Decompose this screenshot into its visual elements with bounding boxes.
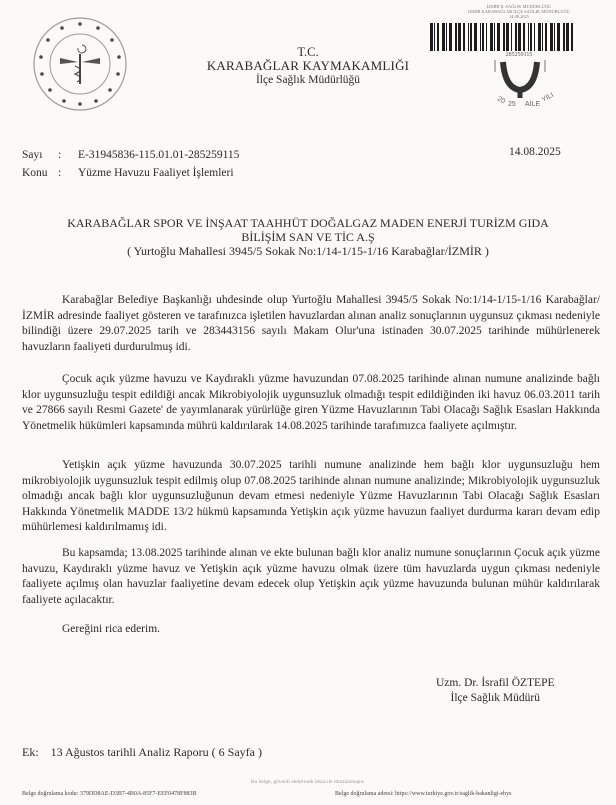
signatory-title: İlçe Sağlık Müdürü	[436, 691, 555, 706]
svg-text:AİLE: AİLE	[525, 99, 541, 108]
signatory-name: Uzm. Dr. İsrafil ÖZTEPE	[436, 676, 555, 691]
e-signature-note: Bu belge, güvenli elektronik imza ile im…	[0, 779, 616, 785]
body-paragraph: Bu kapsamda; 13.08.2025 tarihinde alınan…	[22, 546, 600, 608]
document-meta: Sayı : E-31945836-115.01.01-285259115 Ko…	[22, 146, 239, 182]
subject-row: Konu : Yüzme Havuzu Faaliyet İşlemleri	[22, 164, 239, 182]
attachment-label: Ek:	[22, 745, 39, 760]
addressee-address: ( Yurtoğlu Mahallesi 3945/5 Sokak No:1/1…	[0, 244, 616, 258]
addressee-name-line2: BİLİŞİM SAN VE TİC A.Ş	[0, 230, 616, 244]
body-paragraph: Çocuk açık yüzme havuzu ve Kaydıraklı yü…	[22, 372, 600, 434]
attachment-line: Ek: 13 Ağustos tarihli Analiz Raporu ( 6…	[22, 745, 262, 760]
signature-block: Uzm. Dr. İsrafil ÖZTEPE İlçe Sağlık Müdü…	[436, 676, 555, 706]
closing-line: Gereğini rica ederim.	[22, 622, 600, 638]
attachment-value: 13 Ağustos tarihli Analiz Raporu ( 6 Say…	[51, 745, 262, 760]
svg-text:25: 25	[508, 101, 516, 108]
reference-number-label: Sayı	[22, 146, 58, 164]
body-paragraph: Yetişkin açık yüzme havuzunda 30.07.2025…	[22, 458, 600, 536]
addressee-name-line1: KARABAĞLAR SPOR VE İNŞAAT TAAHHÜT DOĞALG…	[0, 216, 616, 230]
barcode-header-text: İZMİR İL SAĞLIK MÜDÜRLÜĞÜ İZMİR KARABAĞL…	[424, 4, 614, 20]
addressee: KARABAĞLAR SPOR VE İNŞAAT TAAHHÜT DOĞALG…	[0, 216, 616, 258]
barcode-icon	[430, 23, 608, 51]
subject-label: Konu	[22, 164, 58, 182]
reference-number-row: Sayı : E-31945836-115.01.01-285259115	[22, 146, 239, 164]
document-date: 14.08.2025	[509, 146, 561, 158]
document-barcode: İZMİR İL SAĞLIK MÜDÜRLÜĞÜ İZMİR KARABAĞL…	[424, 4, 614, 58]
verification-code: Belge doğrulama kodu: 379DD8AE-D3B7-4B0A…	[22, 791, 197, 797]
svg-text:YILI: YILI	[541, 92, 555, 104]
svg-text:20: 20	[496, 96, 506, 106]
verification-url[interactable]: Belge doğrulama adresi: https://www.turk…	[335, 791, 512, 797]
2025-aile-yili-logo-icon: 20 25 AİLE YILI	[475, 58, 565, 108]
reference-number: E-31945836-115.01.01-285259115	[78, 146, 239, 164]
body-paragraph: Karabağlar Belediye Başkanlığı uhdesinde…	[22, 293, 600, 355]
barcode-number: 285259115	[424, 52, 614, 58]
subject: Yüzme Havuzu Faaliyet İşlemleri	[78, 164, 234, 182]
